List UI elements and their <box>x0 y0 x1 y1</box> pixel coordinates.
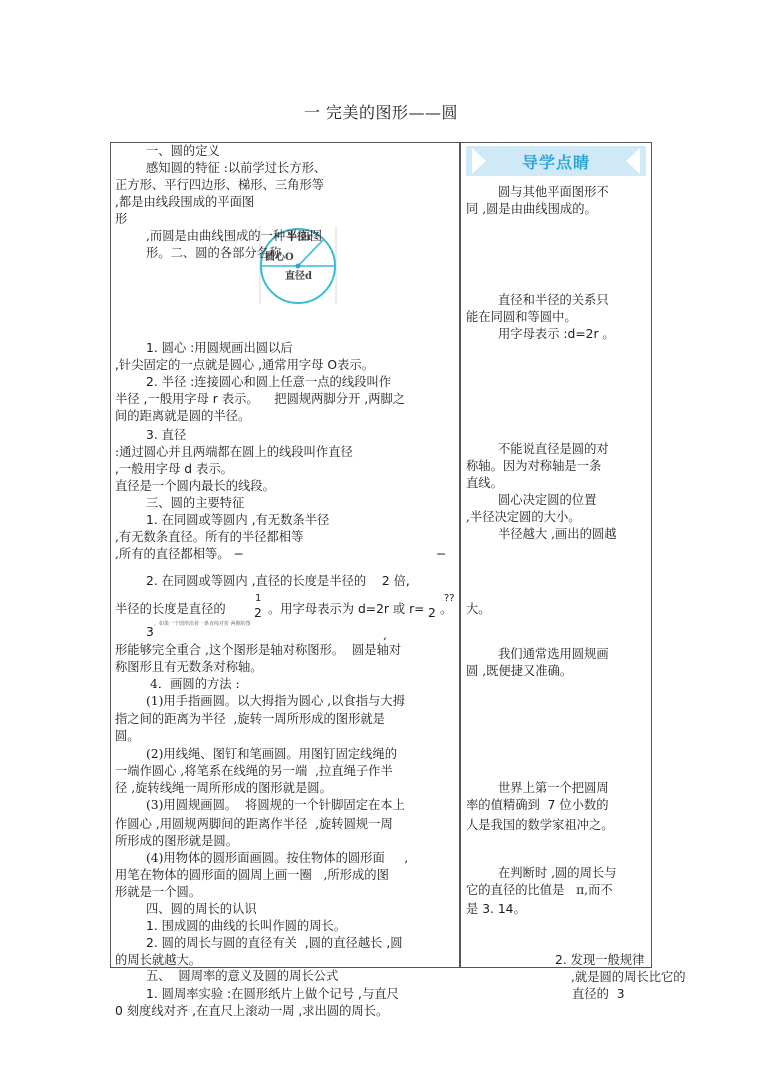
note-line: 率的值精确到 7 位小数的 <box>466 797 609 814</box>
paragraph-line: 用笔在物体的圆形面的圆周上画一圈 ,所形成的图 <box>115 867 389 884</box>
tiny-overlapping-text: 。如果一个图形沿着一条直线对折 两侧的图 <box>154 621 251 627</box>
fraction-denominator: 2 <box>254 605 262 622</box>
paragraph-line: 间的距离就是圆的半径。 <box>115 408 250 425</box>
paragraph-line: 形就是一个圆。 <box>115 884 201 901</box>
paragraph-line: 形。二、圆的各部分名称 <box>146 245 281 262</box>
paragraph-line: 圆。 <box>115 728 140 745</box>
paragraph-line: 指之间的距离为半径 ,旋转一周所形成的图形就是 <box>115 711 385 728</box>
paragraph-line: 的周长就越大。 <box>115 952 201 969</box>
note-line: 半径越大 ,画出的圆越 <box>498 526 617 543</box>
note-line: 它的直径的比值是 π,而不 <box>466 882 613 899</box>
paragraph-line: 形 <box>115 211 127 228</box>
document-title: 一 完美的图形——圆 <box>0 100 762 123</box>
paragraph-line: ,都是由线段围成的平面图 <box>115 194 254 211</box>
paragraph-line: ,而圆是由曲线围成的一种平面图 <box>146 228 322 245</box>
paragraph-line: 形能够完全重合 ,这个图形是轴对称图形。 圆是轴对 <box>115 642 401 659</box>
section-heading-drawing-methods: 4．画圆的方法 : <box>150 676 240 693</box>
paragraph-line: 称图形且有无数条对称轴。 <box>115 659 263 676</box>
item-center: 1. 圆心 :用圆规画出圆以后 <box>146 340 293 357</box>
method-2: (2)用线绳、图钉和笔画圆。用图钉固定线绳的 <box>146 746 397 763</box>
note-line: 用字母表示 :d=2r 。 <box>498 326 615 343</box>
item-radius: 2. 半径 :连接圆心和圆上任意一点的线段叫作 <box>146 374 391 391</box>
note-line: 圆与其他平面图形不 <box>498 184 609 201</box>
note-line: 圆 ,既便捷又准确。 <box>466 663 572 680</box>
circumference-item-1: 1. 围成圆的曲线的长叫作圆的周长。 <box>146 918 346 935</box>
pi-experiment: 1. 圆周率实验 :在圆形纸片上做个记号 ,与直尺 <box>146 986 399 1003</box>
guide-banner: 导学点睛 <box>466 146 646 176</box>
paragraph-line: 。用字母表示为 d=2r 或 r= <box>268 601 424 618</box>
note-line: 同 ,圆是由曲线围成的。 <box>466 201 597 218</box>
paragraph-line: :通过圆心并且两端都在圆上的线段叫作直径 <box>115 444 353 461</box>
feature-item-3-number: 3 <box>146 624 154 641</box>
section-heading-pi: 五、 圆周率的意义及圆的周长公式 <box>146 968 338 985</box>
period: 。 <box>440 601 452 618</box>
method-1: (1)用手指画圆。以大拇指为圆心 ,以食指与大拇 <box>146 693 405 710</box>
paragraph-line: ,有无数条直径。所有的半径都相等 <box>115 529 303 546</box>
note-line: 直线。 <box>466 475 503 492</box>
paragraph-line: 所形成的图形就是圆。 <box>115 833 238 850</box>
note-line: 我们通常选用圆规画 <box>498 646 609 663</box>
paragraph-line: 正方形、平行四边形、梯形、三角形等 <box>115 177 324 194</box>
paragraph-line: 感知圆的特征 :以前学过长方形、 <box>146 160 326 177</box>
paragraph-line: ,所有的直径都相等。 − <box>115 546 244 563</box>
item-diameter: 3. 直径 <box>146 427 186 444</box>
note-line: 不能说直径是圆的对 <box>498 441 609 458</box>
note-line: 世界上第一个把圆周 <box>498 780 609 797</box>
subscript: 2 <box>428 605 436 622</box>
paragraph-line: 半径 ,一般用字母 r 表示。 把圆规两脚分开 ,两脚之 <box>115 391 405 408</box>
feature-item-2: 2. 在同圆或等圆内 ,直径的长度是半径的 2 倍, <box>146 573 410 590</box>
paragraph-line: 一端作圆心 ,将笔系在线绳的另一端 ,拉直绳子作半 <box>115 763 393 780</box>
banner-label: 导学点睛 <box>466 150 646 173</box>
paragraph-line: ,针尖固定的一点就是圆心 ,通常用字母 O表示。 <box>115 357 374 374</box>
general-rule: 2. 发现一般规律 <box>555 952 644 969</box>
feature-item-1: 1. 在同圆或等圆内 ,有无数条半径 <box>146 512 329 529</box>
method-4: (4)用物体的圆形面画圆。按住物体的圆形面 , <box>146 850 408 867</box>
paragraph-line: 直径的 3 <box>572 986 625 1003</box>
note-line: 人是我国的数学家祖冲之。 <box>466 817 614 834</box>
circumference-item-2: 2. 圆的周长与圆的直径有关 ,圆的直径越长 ,圆 <box>146 935 403 952</box>
note-line: 是 3. 14。 <box>466 901 526 918</box>
note-line: 大。 <box>466 601 491 618</box>
section-heading-definition: 一、圆的定义 <box>146 143 220 160</box>
dash-mark: − <box>436 546 446 563</box>
note-line: ,半径决定圆的大小。 <box>466 509 581 526</box>
paragraph-line: 径 ,旋转线绳一周所形成的图形就是圆。 <box>115 780 332 797</box>
note-line: 能在同圆和等圆中。 <box>466 309 577 326</box>
column-divider <box>459 142 461 968</box>
method-3: (3)用圆规画圆。 将圆规的一个针脚固定在本上 <box>146 797 405 814</box>
paragraph-line: ,一般用字母 d 表示。 <box>115 461 233 478</box>
paragraph-line: 作圆心 ,用圆规两脚间的距离作半径 ,旋转圆规一周 <box>115 816 393 833</box>
section-heading-features: 三、圆的主要特征 <box>146 495 244 512</box>
paragraph-line: ,就是圆的周长比它的 <box>571 969 686 986</box>
section-heading-circumference: 四、圆的周长的认识 <box>146 901 257 918</box>
paragraph-line: 半径的长度是直径的 <box>115 601 226 618</box>
note-line: 在判断时 ,圆的周长与 <box>498 865 617 882</box>
diameter-label: 直径d <box>285 268 312 285</box>
note-line: 圆心决定圆的位置 <box>498 492 596 509</box>
note-line: 称轴。因为对称轴是一条 <box>466 458 601 475</box>
note-line: 直径和半径的关系只 <box>498 292 609 309</box>
paragraph-line: 0 刻度线对齐 ,在直尺上滚动一周 ,求出圆的周长。 <box>115 1003 388 1020</box>
paragraph-line: 直径是一个圆内最长的线段。 <box>115 478 275 495</box>
